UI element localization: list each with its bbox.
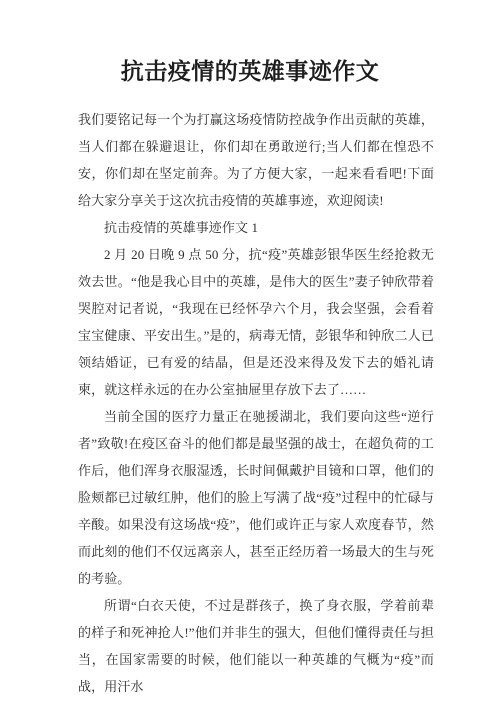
paragraph-story-3: 所谓“白衣天使，不过是群孩子，换了身衣服，学着前辈的样子和死神抢人!”他们并非生… <box>78 592 434 700</box>
paragraph-story-1: 2 月 20 日晚 9 点 50 分，抗“疫”英雄彭银华医生经抢救无效去世。“他… <box>78 241 434 403</box>
paragraph-story-2: 当前全国的医疗力量正在驰援湖北，我们要向这些“逆行者”致敬!在疫区奋斗的他们都是… <box>78 403 434 592</box>
document-body: 我们要铭记每一个为打赢这场疫情防控战争作出贡献的英雄，当人们都在躲避退让，你们却… <box>78 106 434 700</box>
document-title: 抗击疫情的英雄事迹作文 <box>0 0 500 88</box>
paragraph-section-heading: 抗击疫情的英雄事迹作文 1 <box>78 214 434 241</box>
paragraph-intro: 我们要铭记每一个为打赢这场疫情防控战争作出贡献的英雄，当人们都在躲避退让，你们却… <box>78 106 434 214</box>
document-page: 抗击疫情的英雄事迹作文 我们要铭记每一个为打赢这场疫情防控战争作出贡献的英雄，当… <box>0 0 500 707</box>
